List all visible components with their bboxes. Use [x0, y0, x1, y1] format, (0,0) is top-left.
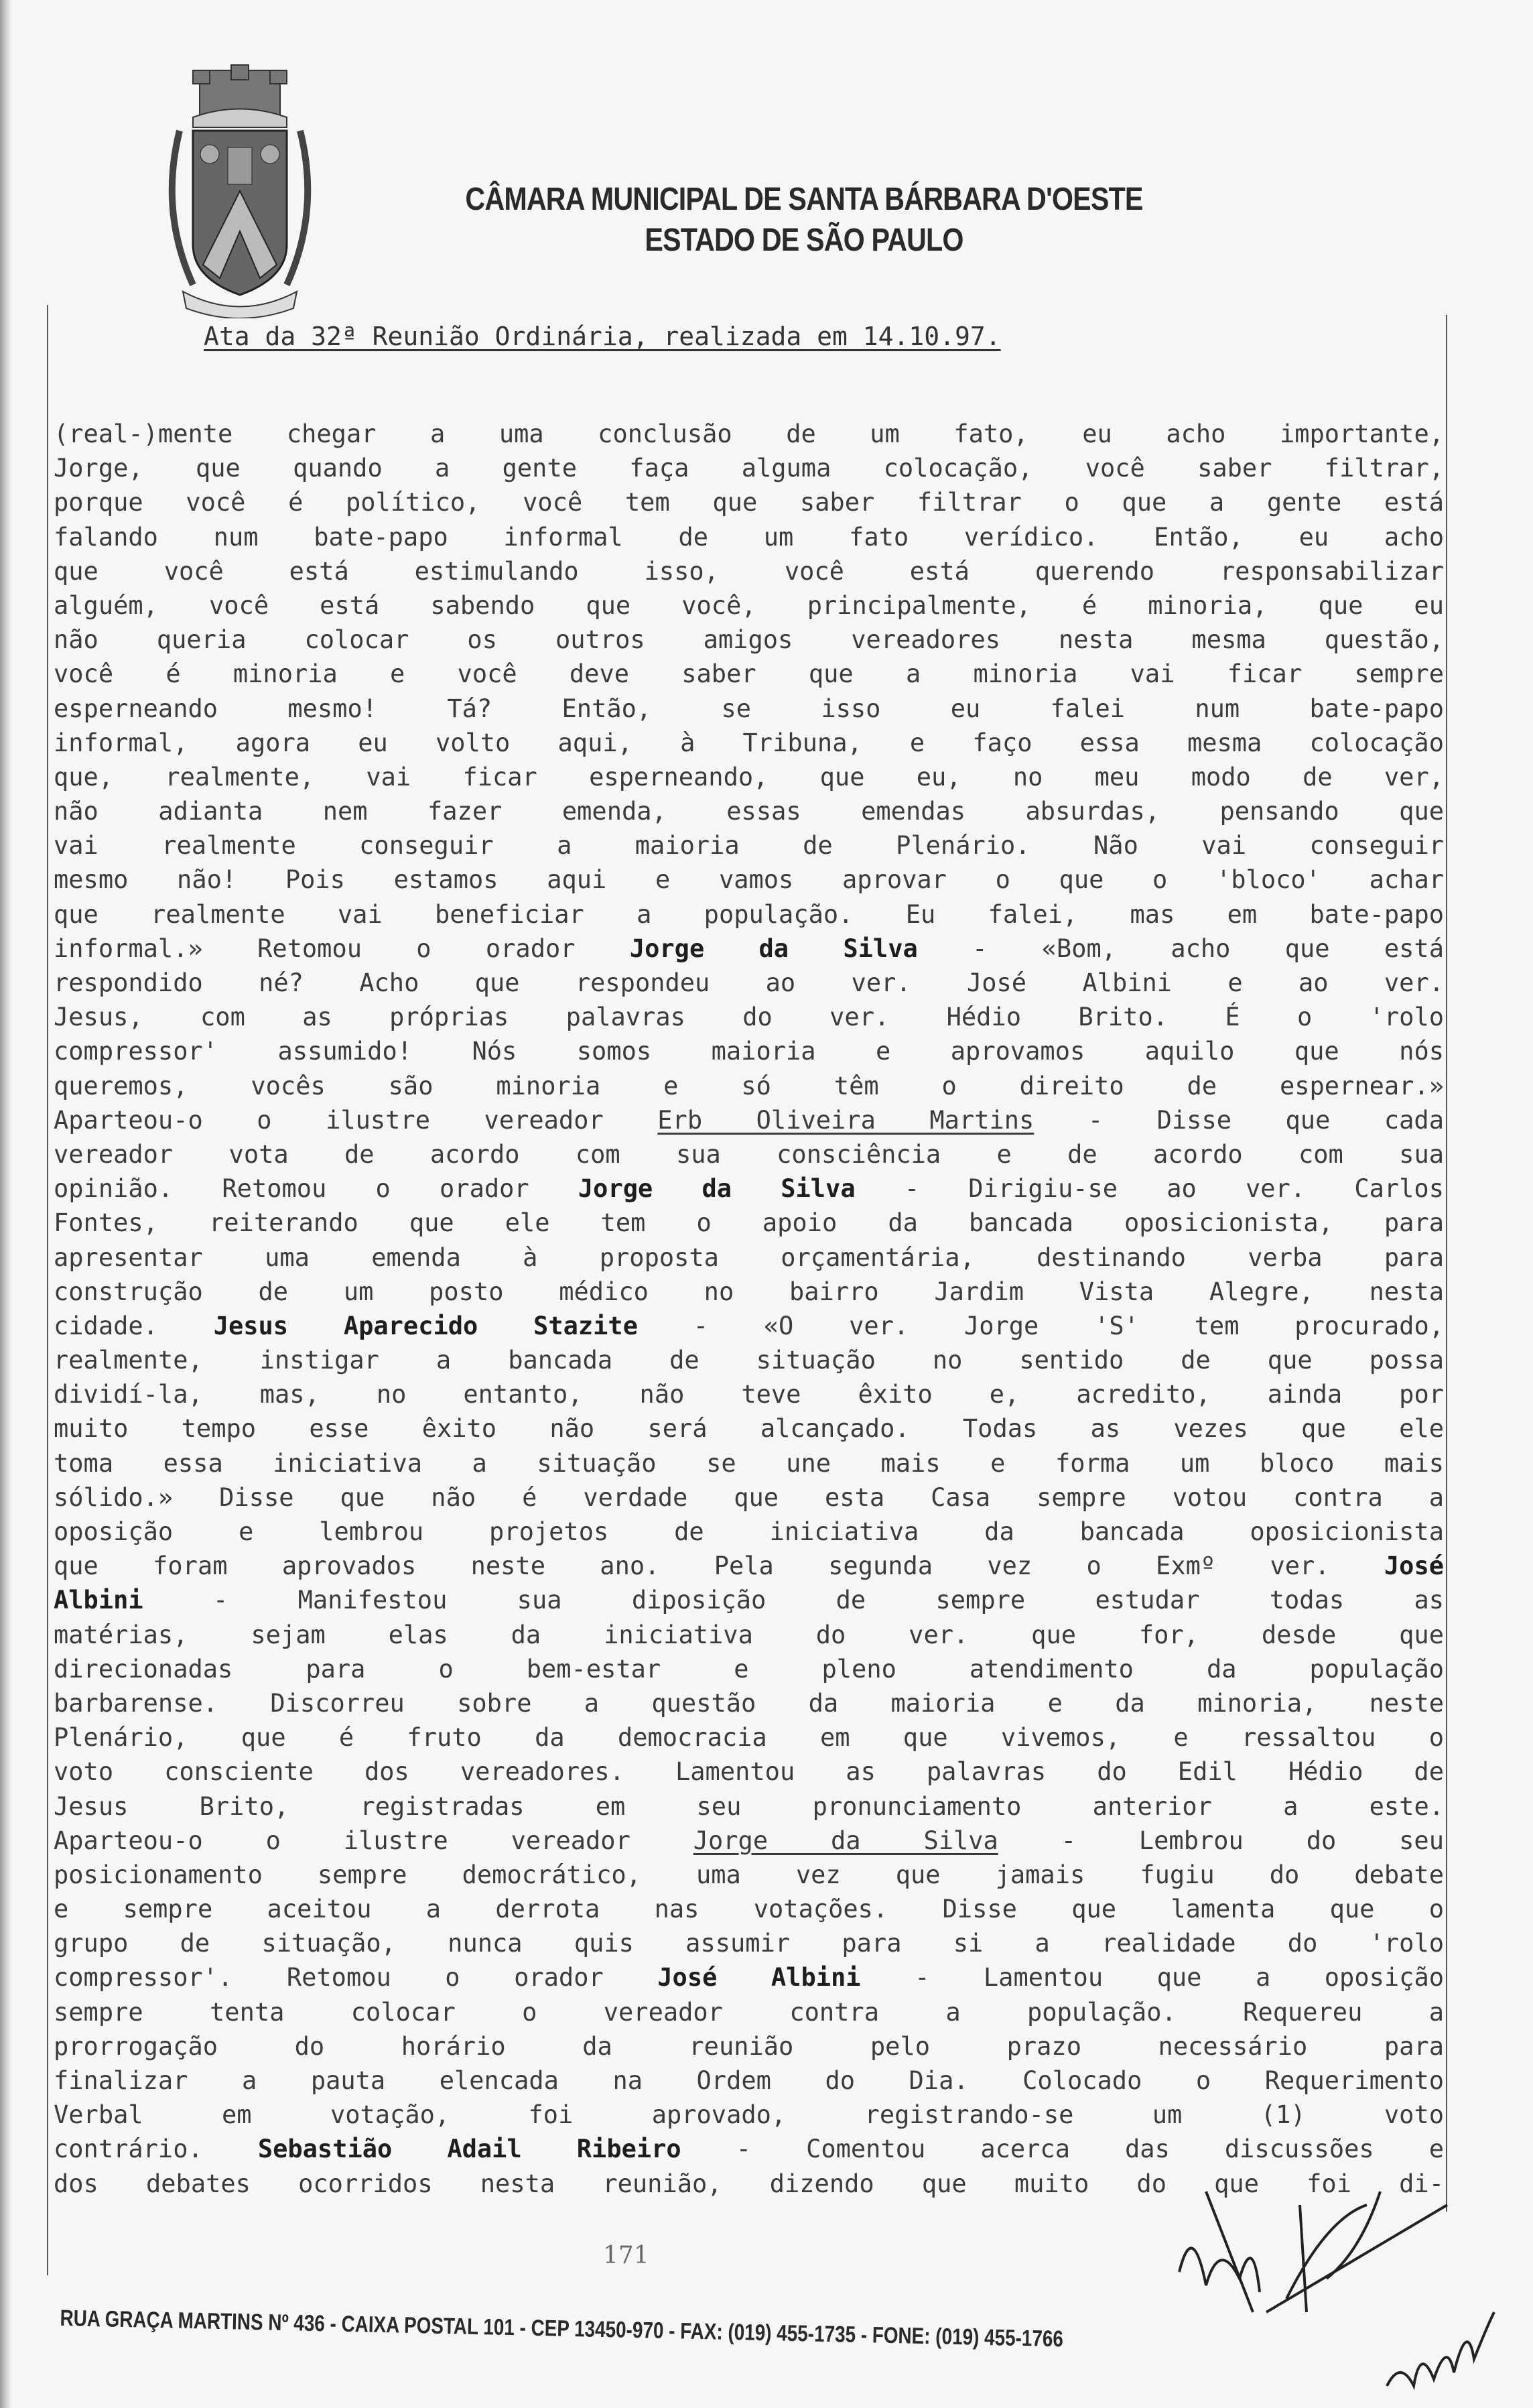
text-line: prorrogação do horário da reunião pelo p…: [54, 2029, 1444, 2064]
coat-of-arms-icon: [153, 64, 327, 318]
speaker-name: José: [1384, 1551, 1444, 1580]
text-line: que você está estimulando isso, você est…: [54, 554, 1444, 588]
text-line: que, realmente, vai ficar esperneando, q…: [54, 760, 1444, 794]
text-line: esperneando mesmo! Tá? Então, se isso eu…: [54, 692, 1444, 726]
text-line: barbarense. Discorreu sobre a questão da…: [54, 1686, 1444, 1720]
text-line: e sempre aceitou a derrota nas votações.…: [54, 1892, 1444, 1926]
text-line: Jesus, com as próprias palavras do ver. …: [54, 1000, 1444, 1034]
text-line: não adianta nem fazer emenda, essas emen…: [54, 794, 1444, 828]
speaker-name: José Albini: [657, 1963, 860, 1992]
text-line: oposição e lembrou projetos de iniciativ…: [54, 1515, 1444, 1549]
text-line: porque você é político, você tem que sab…: [54, 485, 1444, 519]
text-line: Fontes, reiterando que ele tem o apoio d…: [54, 1206, 1444, 1240]
aparte-name: Erb Oliveira Martins: [657, 1106, 1034, 1135]
text-line: realmente, instigar a bancada de situaçã…: [54, 1343, 1444, 1377]
text-line: apresentar uma emenda à proposta orçamen…: [54, 1241, 1444, 1275]
text-line: grupo de situação, nunca quis assumir pa…: [54, 1926, 1444, 1960]
speaker-name: Albini: [54, 1586, 143, 1614]
text-line: informal.» Retomou o orador Jorge da Sil…: [54, 932, 1444, 966]
text-line: Plenário, que é fruto da democracia em q…: [54, 1720, 1444, 1755]
aparte-name: Jorge da Silva: [693, 1826, 998, 1855]
text-line: compressor'. Retomou o orador José Albin…: [54, 1960, 1444, 1994]
text-line: não queria colocar os outros amigos vere…: [54, 623, 1444, 657]
text-line: falando num bate-papo informal de um fat…: [54, 520, 1444, 554]
text-line: você é minoria e você deve saber que a m…: [54, 657, 1444, 691]
speaker-name: Jorge da Silva: [578, 1174, 856, 1203]
text-line: vereador vota de acordo com sua consciên…: [54, 1137, 1444, 1171]
footer-address: RUA GRAÇA MARTINS Nº 436 - CAIXA POSTAL …: [60, 2305, 1063, 2352]
text-line: que realmente vai beneficiar a população…: [54, 897, 1444, 932]
text-line: construção de um posto médico no bairro …: [54, 1275, 1444, 1309]
handwritten-page-number: 171: [603, 2242, 649, 2269]
text-line: contrário. Sebastião Adail Ribeiro - Com…: [54, 2132, 1444, 2166]
text-line: que foram aprovados neste ano. Pela segu…: [54, 1549, 1444, 1583]
text-line: alguém, você está sabendo que você, prin…: [54, 588, 1444, 623]
speaker-name: Sebastião Adail Ribeiro: [258, 2135, 681, 2163]
page-edge-shadow: [0, 0, 12, 2408]
text-line: posicionamento sempre democrático, uma v…: [54, 1858, 1444, 1892]
text-line: Albini - Manifestou sua diposição de sem…: [54, 1583, 1444, 1617]
speaker-name: Jorge da Silva: [630, 934, 918, 963]
institution-name: CÂMARA MUNICIPAL DE SANTA BÁRBARA D'OEST…: [412, 181, 1196, 218]
text-line: respondido né? Acho que respondeu ao ver…: [54, 966, 1444, 1000]
text-line: informal, agora eu volto aqui, à Tribuna…: [54, 726, 1444, 760]
state-name: ESTADO DE SÃO PAULO: [412, 222, 1196, 259]
text-line: voto consciente dos vereadores. Lamentou…: [54, 1755, 1444, 1789]
right-margin-rule: [1446, 315, 1447, 2212]
text-line: dividí-la, mas, no entanto, não teve êxi…: [54, 1377, 1444, 1411]
minutes-body: (real-)mente chegar a uma conclusão de u…: [54, 417, 1444, 2201]
text-line: mesmo não! Pois estamos aqui e vamos apr…: [54, 863, 1444, 897]
text-line: sempre tenta colocar o vereador contra a…: [54, 1995, 1444, 2029]
text-line: compressor' assumido! Nós somos maioria …: [54, 1034, 1444, 1068]
left-margin-rule: [47, 305, 48, 2275]
text-line: cidade. Jesus Aparecido Stazite - «O ver…: [54, 1309, 1444, 1343]
text-line: matérias, sejam elas da iniciativa do ve…: [54, 1618, 1444, 1652]
letterhead: CÂMARA MUNICIPAL DE SANTA BÁRBARA D'OEST…: [348, 181, 1260, 259]
minutes-subtitle: Ata da 32ª Reunião Ordinária, realizada …: [204, 322, 1001, 351]
initials-icon: [1374, 2305, 1508, 2406]
speaker-name: Jesus Aparecido Stazite: [214, 1312, 638, 1340]
text-line: Jesus Brito, registradas em seu pronunci…: [54, 1789, 1444, 1824]
text-line: toma essa iniciativa a situação se une m…: [54, 1446, 1444, 1480]
text-line: queremos, vocês são minoria e só têm o d…: [54, 1069, 1444, 1103]
text-line: Verbal em votação, foi aprovado, registr…: [54, 2098, 1444, 2132]
text-line: finalizar a pauta elencada na Ordem do D…: [54, 2064, 1444, 2098]
text-line: Jorge, que quando a gente faça alguma co…: [54, 451, 1444, 485]
text-line: muito tempo esse êxito não será alcançad…: [54, 1411, 1444, 1446]
text-line: Aparteou-o o ilustre vereador Erb Olivei…: [54, 1103, 1444, 1137]
text-line: direcionadas para o bem-estar e pleno at…: [54, 1652, 1444, 1686]
text-line: (real-)mente chegar a uma conclusão de u…: [54, 417, 1444, 451]
text-line: vai realmente conseguir a maioria de Ple…: [54, 828, 1444, 863]
text-line: sólido.» Disse que não é verdade que est…: [54, 1480, 1444, 1515]
text-line: Aparteou-o o ilustre vereador Jorge da S…: [54, 1824, 1444, 1858]
text-line: opinião. Retomou o orador Jorge da Silva…: [54, 1171, 1444, 1206]
